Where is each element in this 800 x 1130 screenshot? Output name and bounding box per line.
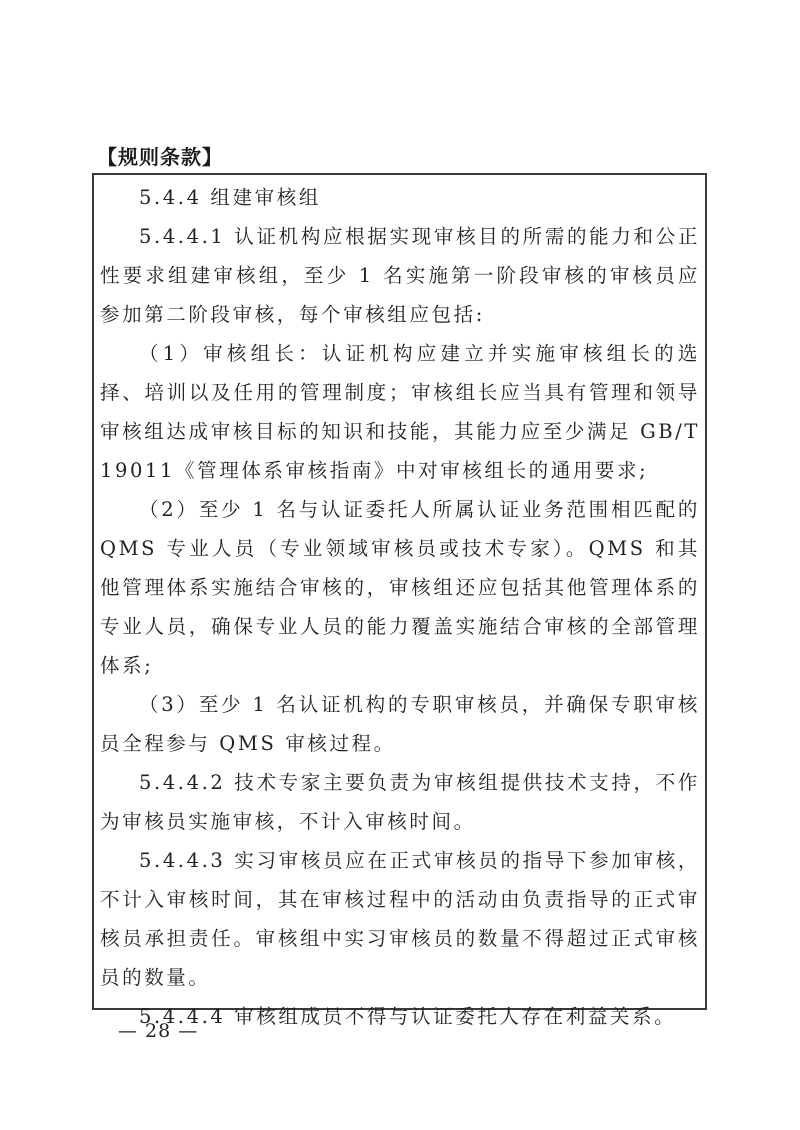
clause-5-4-4-1: 5.4.4.1 认证机构应根据实现审核目的所需的能力和公正性要求组建审核组，至少… [100,217,700,334]
clause-item-3-full-time-auditor: （3）至少 1 名认证机构的专职审核员，并确保专职审核员全程参与 QMS 审核过… [100,685,700,763]
section-heading: 【规则条款】 [97,141,223,170]
clause-item-1-team-leader: （1）审核组长：认证机构应建立并实施审核组长的选择、培训以及任用的管理制度；审核… [100,334,700,490]
clause-5-4-4-3: 5.4.4.3 实习审核员应在正式审核员的指导下参加审核，不计入审核时间，其在审… [100,841,700,997]
clause-5-4-4-title: 5.4.4 组建审核组 [100,178,700,217]
clause-item-2-qms-professional: （2）至少 1 名与认证委托人所属认证业务范围相匹配的 QMS 专业人员（专业领… [100,490,700,685]
clause-5-4-4-2: 5.4.4.2 技术专家主要负责为审核组提供技术支持，不作为审核员实施审核，不计… [100,763,700,841]
rule-clause-text: 5.4.4 组建审核组 5.4.4.1 认证机构应根据实现审核目的所需的能力和公… [100,178,700,1036]
page-number: — 28 — [118,1020,198,1042]
